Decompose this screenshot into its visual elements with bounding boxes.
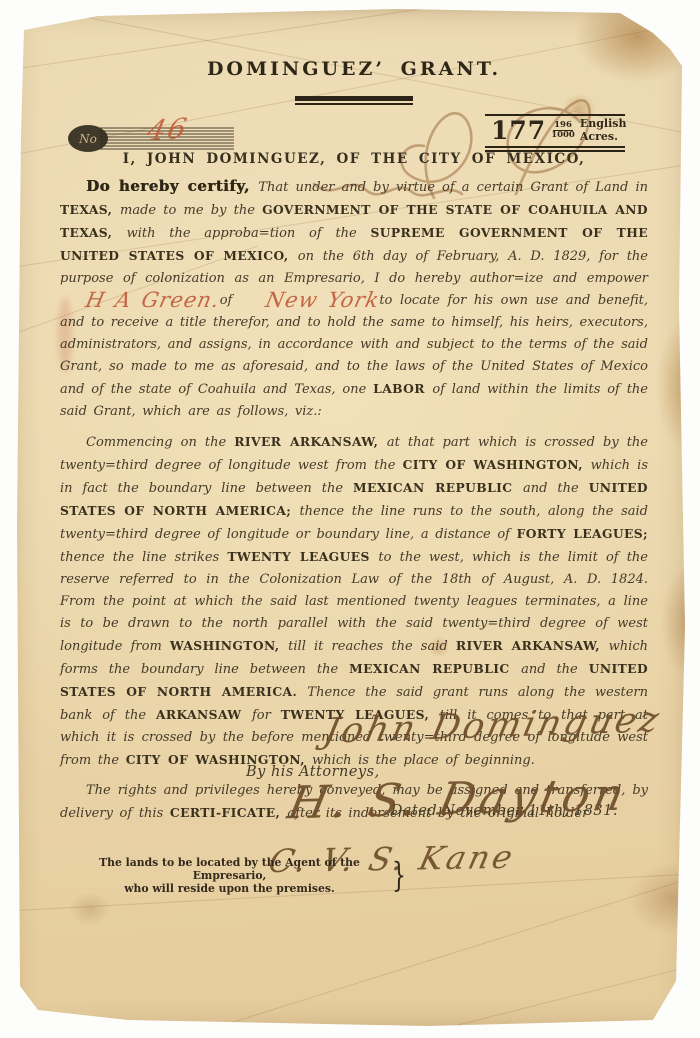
text-segment-script: thence the line strikes bbox=[60, 550, 227, 565]
text-segment-handred: H A Green. bbox=[59, 295, 221, 305]
text-segment-script: of bbox=[220, 293, 240, 308]
title-rule bbox=[295, 96, 413, 105]
paragraph-grant-certify: Do hereby certify, That under and by vir… bbox=[60, 175, 648, 423]
text-segment-script: and the bbox=[523, 481, 589, 496]
text-segment-caps: CERTI-FICATE, bbox=[170, 805, 288, 820]
document-text-column: DOMINGUEZ’ GRANT. I, JOHN DOMINGUEZ, OF … bbox=[60, 6, 648, 819]
scanned-document: No 46 177 196 1000 English Acres. DOMING… bbox=[0, 0, 700, 1038]
text-segment-caps: MEXICAN REPUBLIC bbox=[353, 480, 523, 495]
text-segment-handred: New York bbox=[239, 295, 381, 305]
text-segment-script: That under and by virtue of a certain Gr… bbox=[258, 180, 648, 195]
footer-note-text: The lands to be located by the Agent of … bbox=[70, 857, 389, 896]
footer-note-brace: } bbox=[392, 857, 406, 896]
text-segment-caps: RIVER ARKANSAW, bbox=[234, 434, 387, 449]
footer-note: The lands to be located by the Agent of … bbox=[70, 857, 406, 896]
text-segment-caps: ARKANSAW bbox=[156, 707, 252, 722]
text-segment-caps: LABOR bbox=[373, 381, 432, 396]
text-segment-script: made to me by the bbox=[120, 203, 262, 218]
text-segment-script: for bbox=[252, 708, 281, 723]
text-segment-script: with the approba=tion of the bbox=[127, 226, 371, 241]
text-segment-caps: CITY OF WASHINGTON, bbox=[403, 457, 591, 472]
text-segment-caps: MEXICAN REPUBLIC bbox=[349, 661, 521, 676]
text-segment-caps: TWENTY LEAGUES bbox=[227, 549, 378, 564]
text-segment-caps: RIVER ARKANSAW, bbox=[456, 638, 609, 653]
document-title: DOMINGUEZ’ GRANT. bbox=[60, 58, 648, 80]
salutation-line: I, JOHN DOMINGUEZ, OF THE CITY OF MEXICO… bbox=[60, 151, 648, 167]
text-segment-script: and the bbox=[521, 662, 589, 677]
text-segment-script: till it reaches the said bbox=[288, 639, 456, 654]
paper-sheet: No 46 177 196 1000 English Acres. DOMING… bbox=[8, 6, 692, 1032]
text-segment-caps: WASHINGTON, bbox=[170, 638, 288, 653]
footer-note-line2: who will reside upon the premises. bbox=[70, 883, 389, 896]
footer-note-line1: The lands to be located by the Agent of … bbox=[70, 857, 389, 883]
signature-attorney-dayton: H. S. Dayton bbox=[284, 768, 633, 830]
text-segment-blackletter: Do hereby certify, bbox=[86, 177, 258, 195]
text-segment-script: Commencing on the bbox=[86, 435, 234, 450]
text-segment-caps: FORTY LEAGUES; bbox=[517, 526, 648, 541]
text-segment-caps: TEXAS, bbox=[60, 202, 120, 217]
